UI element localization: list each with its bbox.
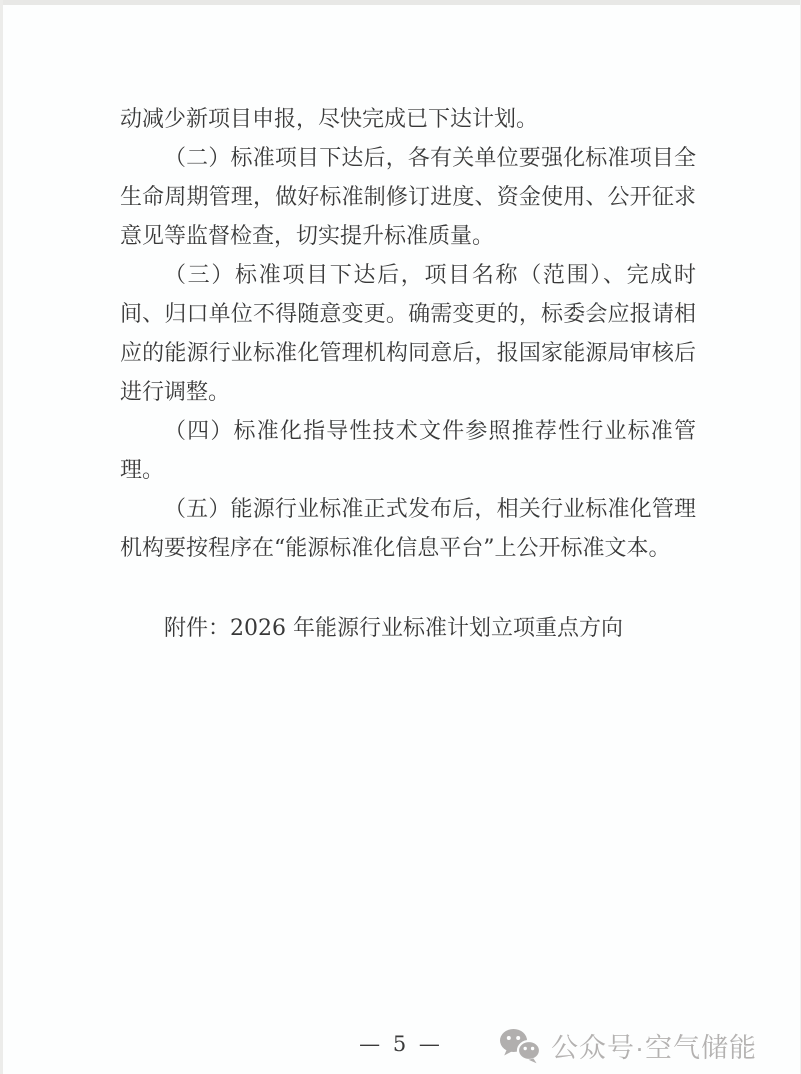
page-number: — 5 — [346,1032,456,1056]
document-page: 动减少新项目申报，尽快完成已下达计划。（二）标准项目下达后，各有关单位要强化标准… [0,0,801,1074]
wechat-icon [499,1028,541,1064]
attachment-line: 附件：2026 年能源行业标准计划立项重点方向 [120,609,696,648]
document-body: 动减少新项目申报，尽快完成已下达计划。（二）标准项目下达后，各有关单位要强化标准… [120,100,696,648]
paragraph: （四）标准化指导性技术文件参照推荐性行业标准管理。 [120,412,696,490]
paragraph: （三）标准项目下达后，项目名称（范围）、完成时间、归口单位不得随意变更。确需变更… [120,256,696,412]
page-footer: — 5 — 公众号·空气储能 [3,1022,800,1074]
watermark-text: 公众号·空气储能 [551,1026,757,1065]
page-top-edge [3,0,800,5]
paragraphs-container: 动减少新项目申报，尽快完成已下达计划。（二）标准项目下达后，各有关单位要强化标准… [120,100,696,568]
watermark: 公众号·空气储能 [499,1026,757,1065]
paragraph: （五）能源行业标准正式发布后，相关行业标准化管理机构要按程序在“能源标准化信息平… [120,490,696,568]
paragraph: （二）标准项目下达后，各有关单位要强化标准项目全生命周期管理，做好标准制修订进度… [120,139,696,256]
paragraph: 动减少新项目申报，尽快完成已下达计划。 [120,100,696,139]
